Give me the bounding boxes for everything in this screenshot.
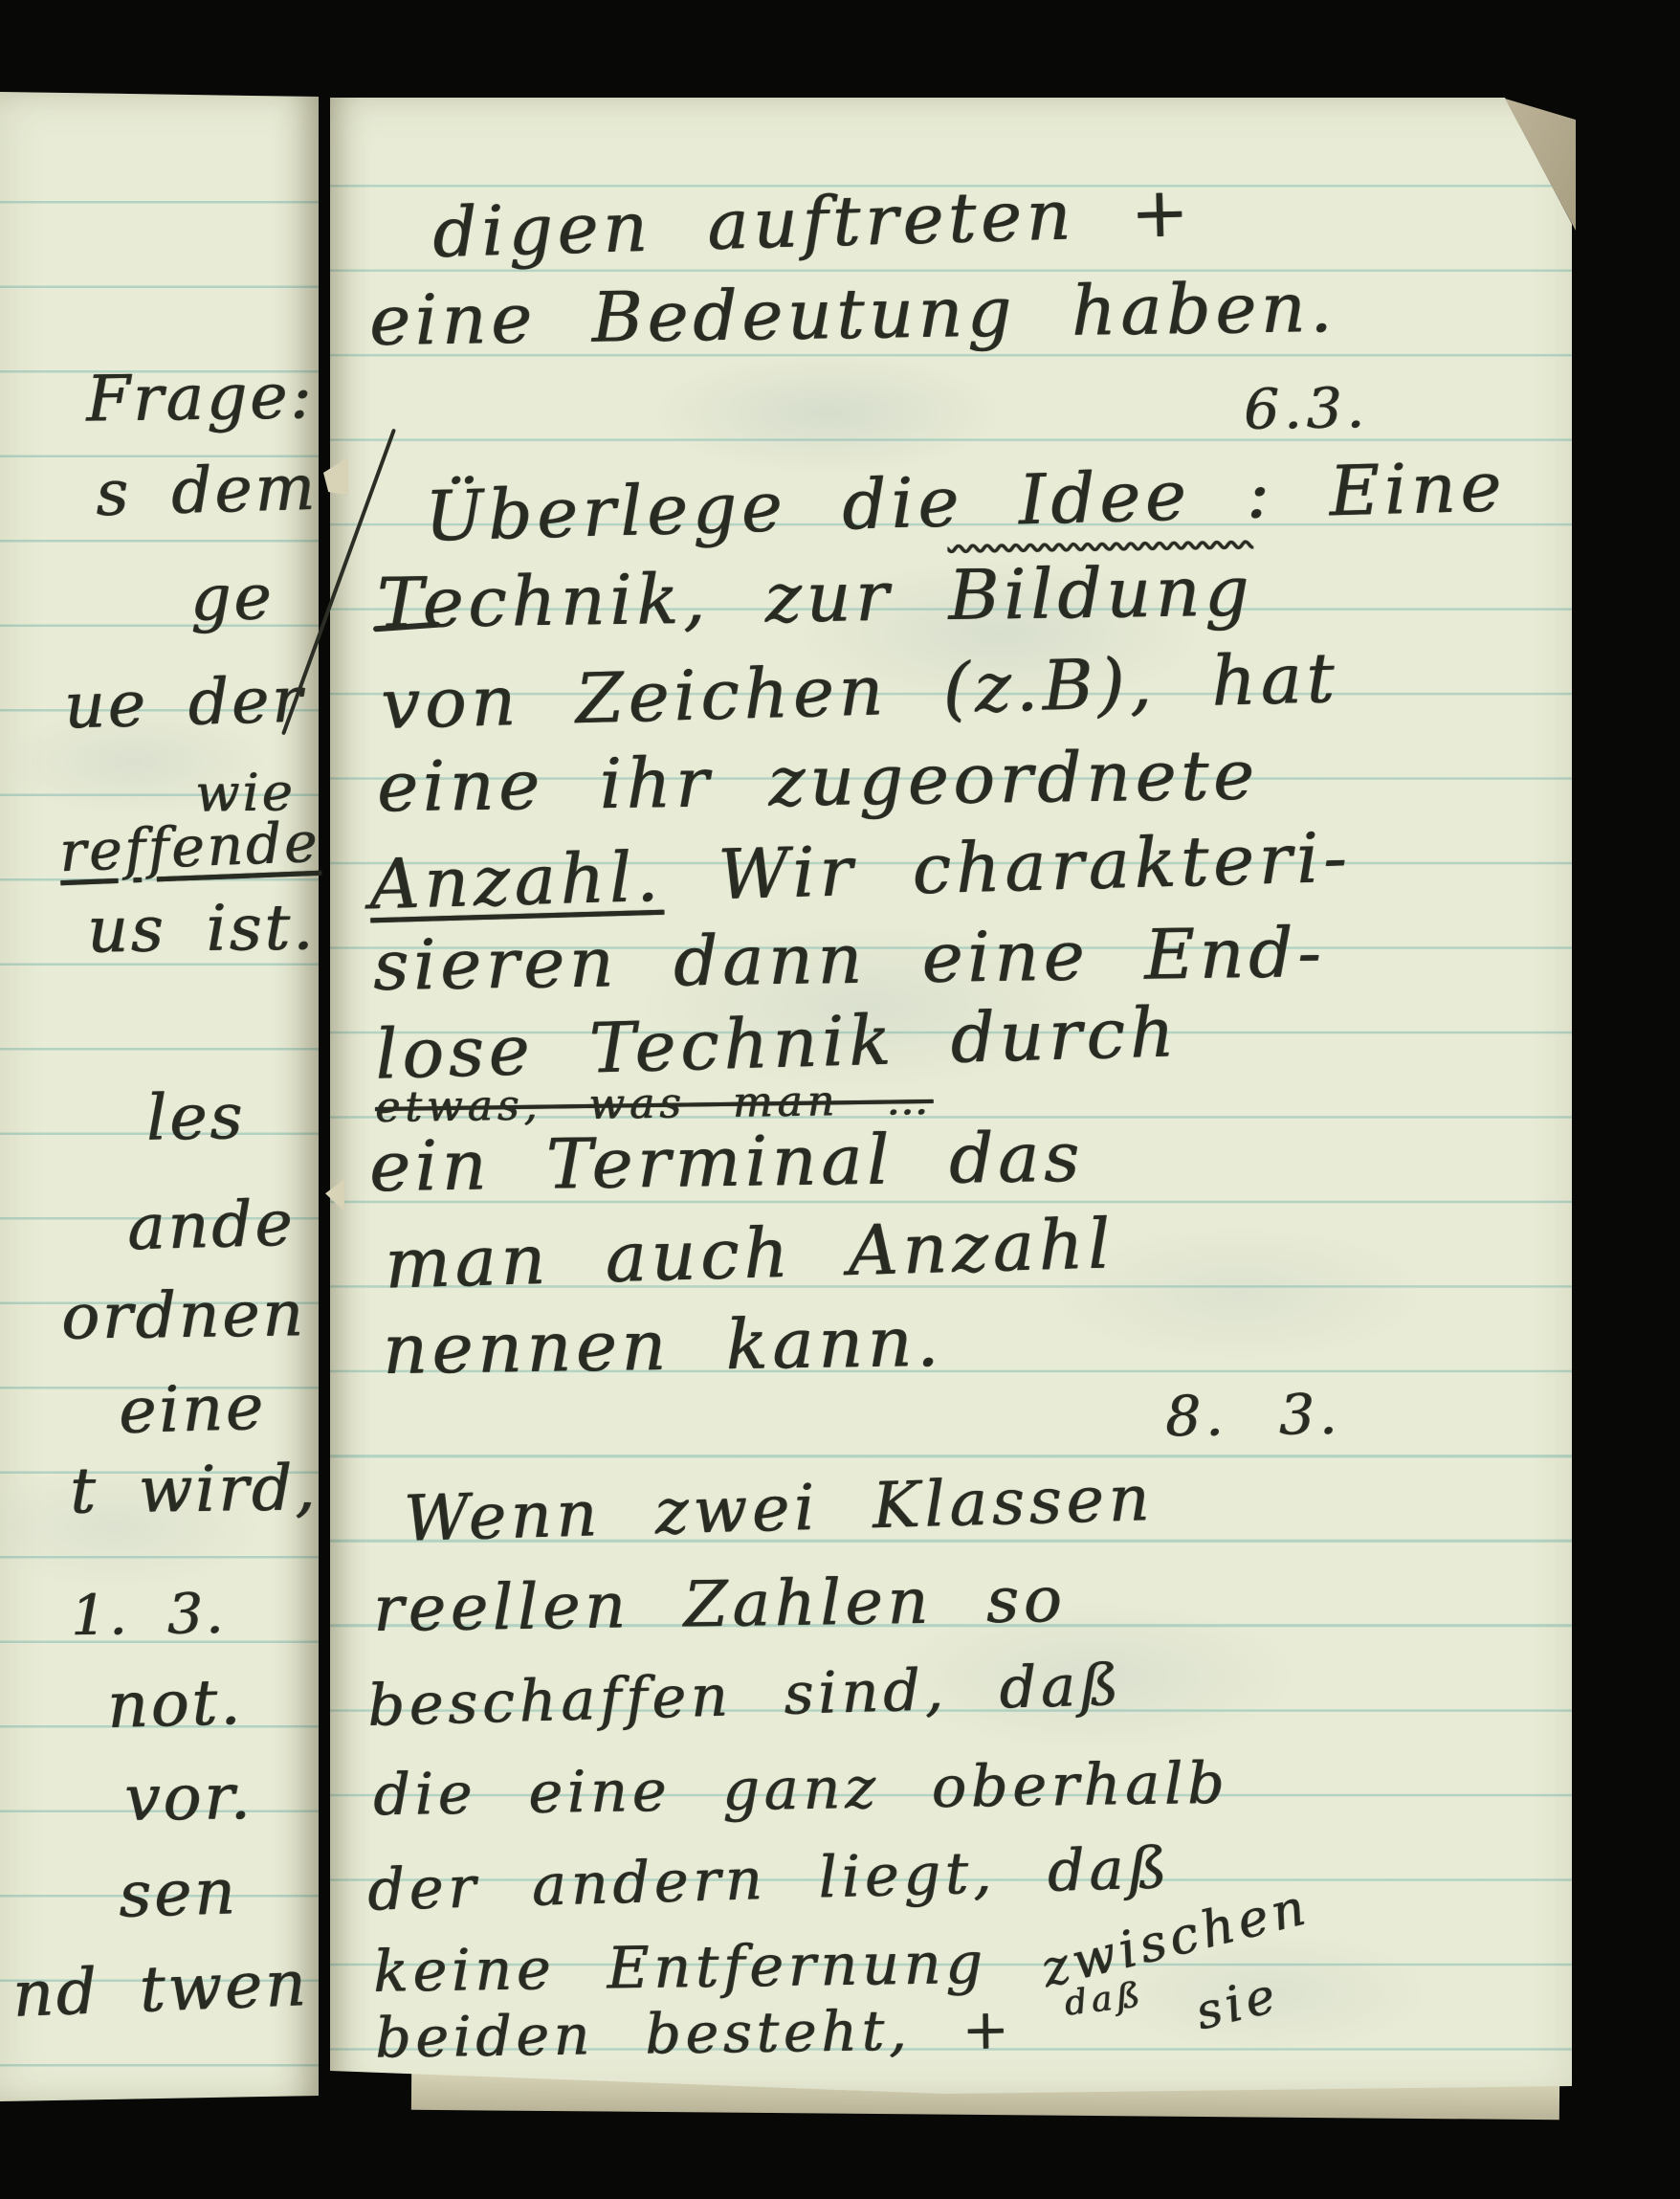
handwritten-line: lose Technik durch: [374, 997, 1180, 1088]
handwritten-fragment: les: [145, 1085, 245, 1149]
handwritten-fragment: ge: [189, 566, 274, 630]
handwritten-fragment: s dem: [95, 456, 319, 525]
handwritten-line: sieren dann eine End-: [373, 918, 1326, 1000]
date-mark: 8. 3.: [1165, 1387, 1342, 1445]
handwritten-fragment: sen: [118, 1860, 238, 1926]
date-mark: 1. 3.: [70, 1586, 226, 1643]
overlined-word: Bildung: [948, 551, 1254, 635]
handwritten-line: Technik, zur Bildung: [377, 557, 1254, 638]
handwritten-fragment: nd twen: [11, 1952, 310, 2027]
handwritten-fragment: ue der: [63, 669, 305, 739]
handwritten-line: reellen Zahlen so: [373, 1568, 1067, 1641]
handwritten-fragment: ordnen: [61, 1282, 307, 1349]
inserted-word: daß: [1062, 1978, 1145, 2022]
handwritten-line: man auch Anzahl: [384, 1209, 1116, 1298]
notebook-scan: Frage: s dem ge ue der wie reffende us i…: [0, 0, 1680, 2199]
handwritten-fragment: eine: [118, 1376, 267, 1443]
line-text: beiden besteht, +: [375, 1996, 1014, 2070]
handwritten-line: eine Bedeutung haben.: [369, 273, 1337, 355]
underlined-word: Anzahl.: [368, 836, 664, 925]
handwritten-fragment: reffende: [58, 814, 321, 879]
handwritten-fragment: ande: [126, 1192, 296, 1260]
date-mark: 6.3.: [1244, 380, 1369, 437]
handwritten-fragment: not.: [106, 1671, 244, 1738]
handwritten-line: eine ihr zugeordnete: [377, 741, 1260, 822]
line-text: Technik, zur: [376, 555, 948, 643]
handwritten-fragment: vor.: [123, 1766, 253, 1831]
handwritten-fragment: Frage:: [85, 365, 314, 431]
handwritten-line: ein Terminal das: [369, 1122, 1085, 1201]
handwritten-line: beiden besteht, + daß sie: [375, 1997, 1280, 2065]
handwritten-fragment: t wird,: [70, 1456, 319, 1523]
handwritten-line: nennen kann.: [383, 1307, 944, 1384]
handwritten-fragment: us ist.: [87, 896, 317, 962]
handwritten-line: die eine ganz oberhalb: [373, 1755, 1229, 1824]
handwritten-line: digen auftreten +: [431, 177, 1194, 267]
line-text: keine Entfernung: [373, 1930, 987, 2006]
